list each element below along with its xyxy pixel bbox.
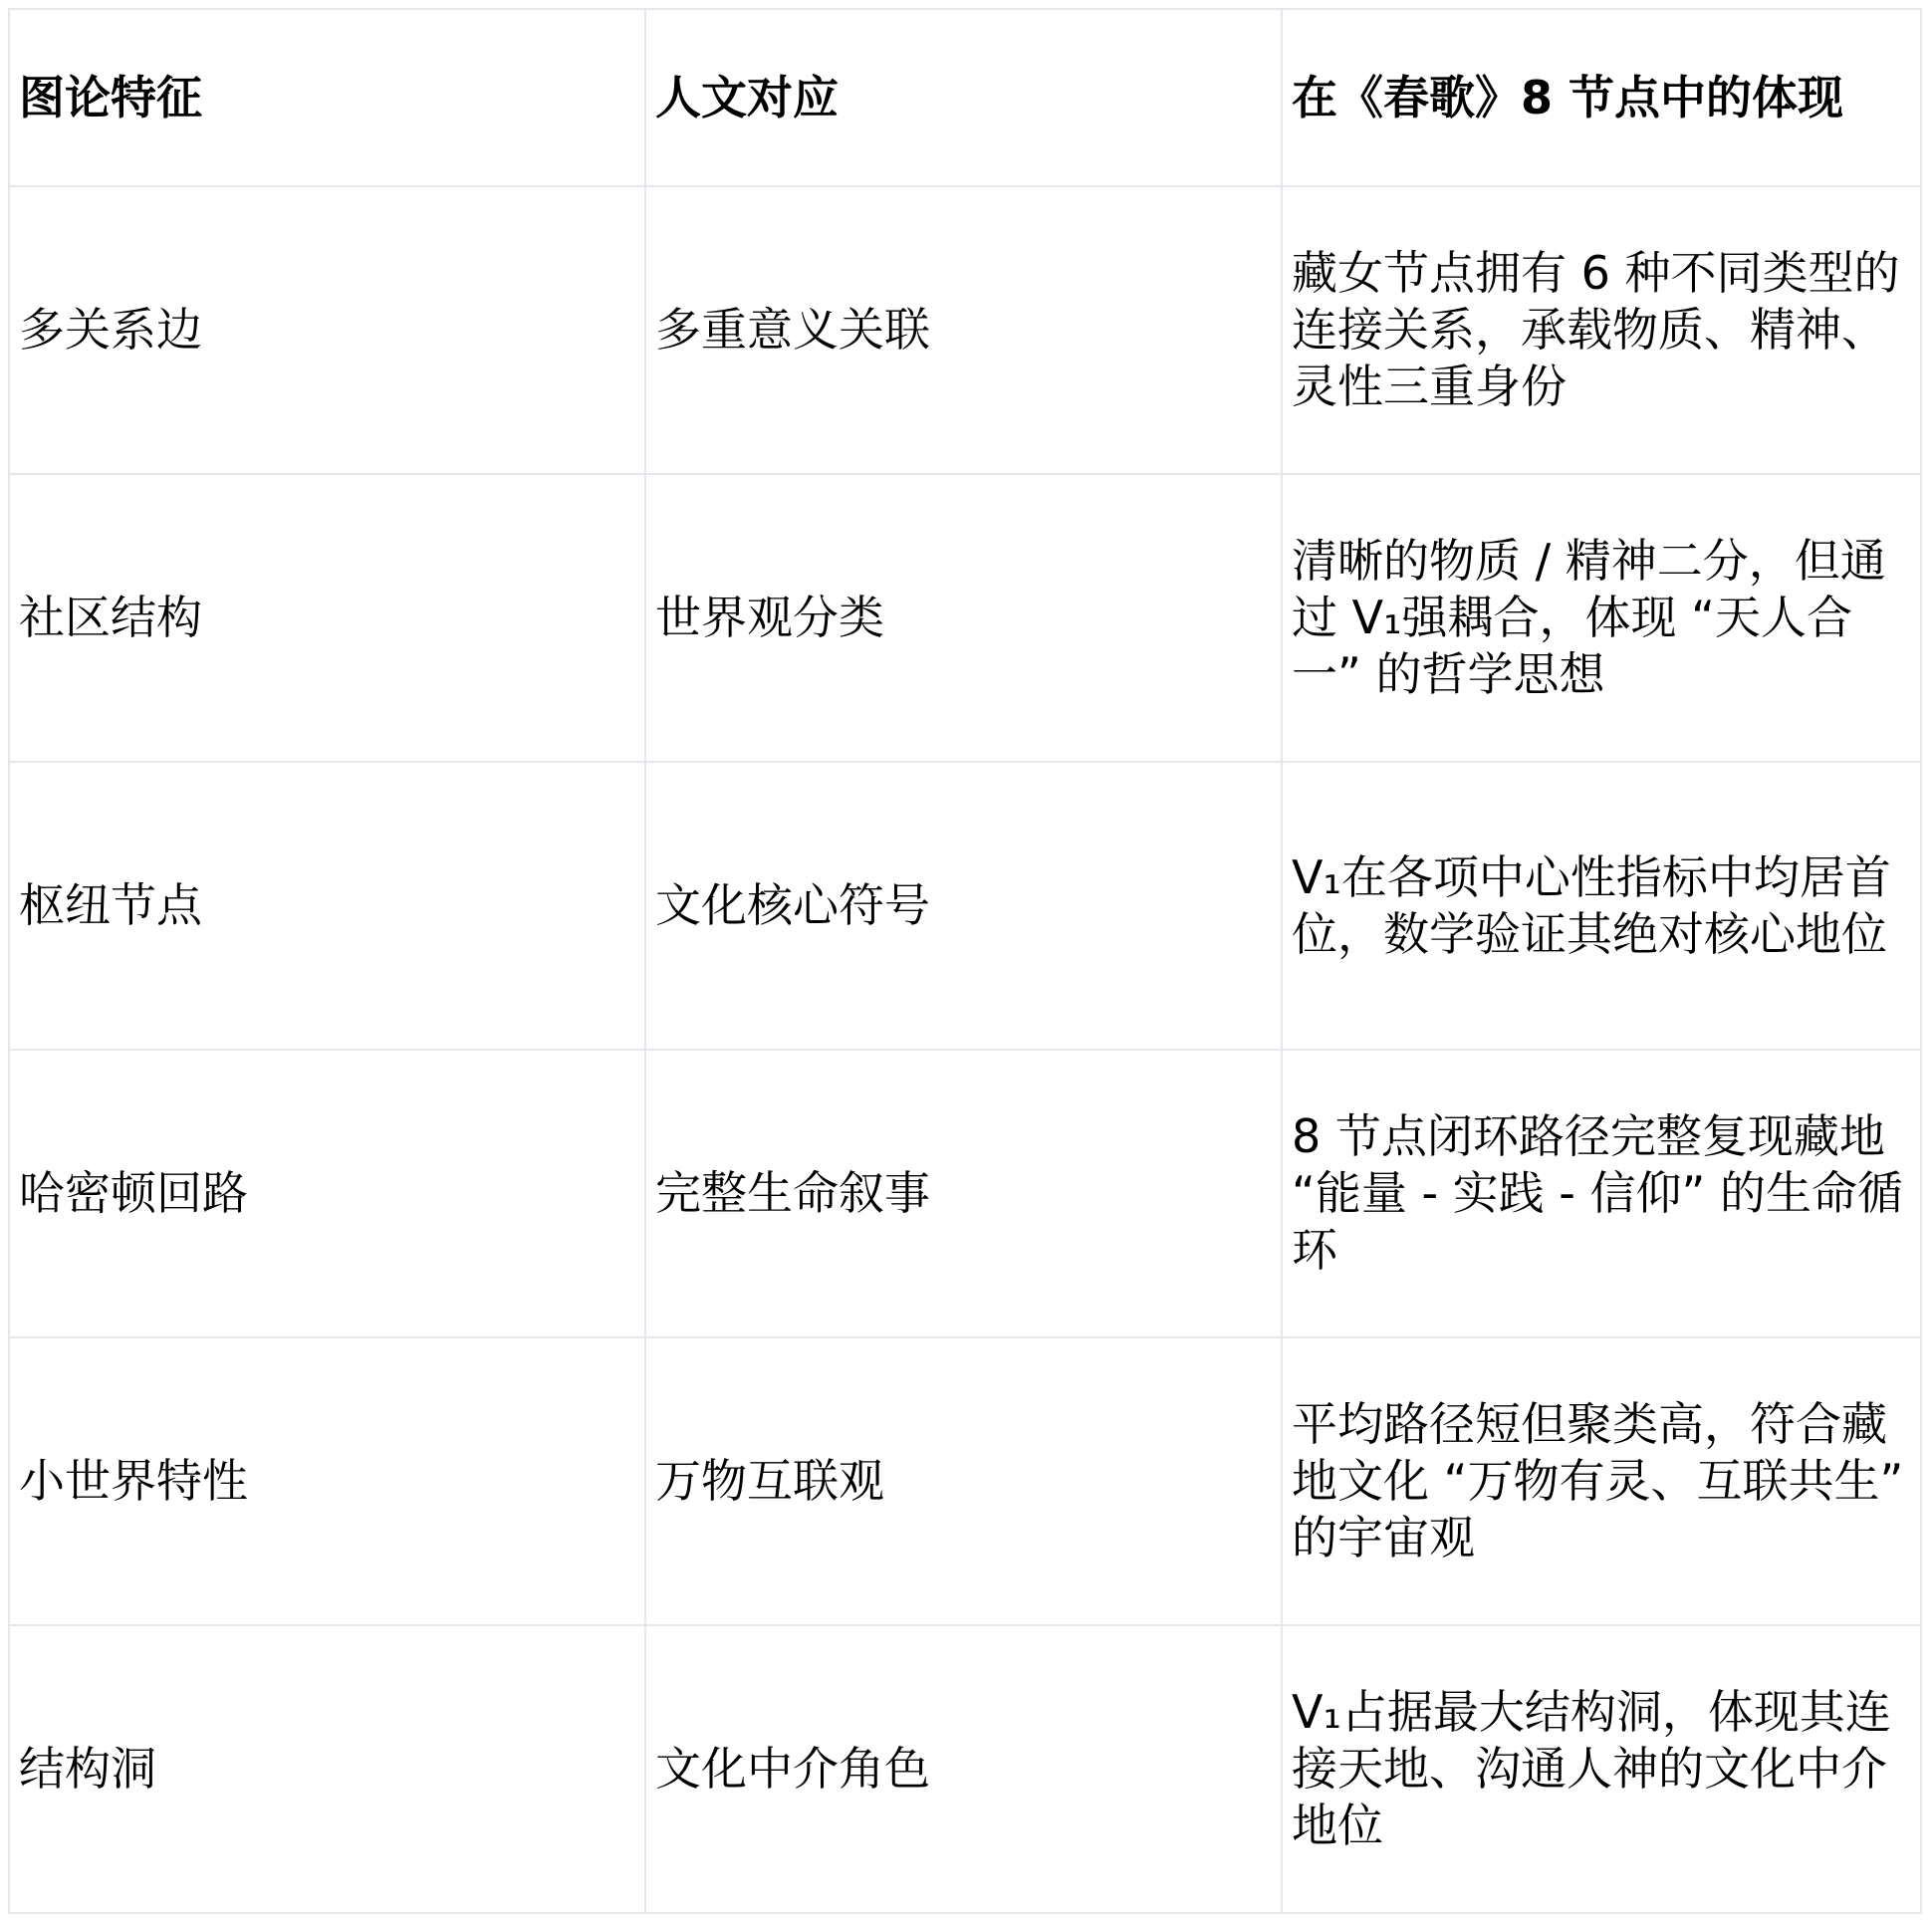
cell-manifestation: V₁占据最大结构洞，体现其连接天地、沟通人神的文化中介地位 <box>1282 1625 1921 1913</box>
table-header: 图论特征 人文对应 在《春歌》8 节点中的体现 <box>9 9 1921 186</box>
cell-manifestation: 清晰的物质 / 精神二分，但通过 V₁强耦合，体现 “天人合一” 的哲学思想 <box>1282 474 1921 762</box>
cell-humanities: 文化核心符号 <box>645 762 1282 1050</box>
graph-theory-humanities-table: 图论特征 人文对应 在《春歌》8 节点中的体现 多关系边 多重意义关联 藏女节点… <box>8 8 1922 1914</box>
table-row: 社区结构 世界观分类 清晰的物质 / 精神二分，但通过 V₁强耦合，体现 “天人… <box>9 474 1921 762</box>
cell-feature: 多关系边 <box>9 186 645 474</box>
header-graph-feature: 图论特征 <box>9 9 645 186</box>
table-row: 哈密顿回路 完整生命叙事 8 节点闭环路径完整复现藏地 “能量 - 实践 - 信… <box>9 1050 1921 1337</box>
table-row: 多关系边 多重意义关联 藏女节点拥有 6 种不同类型的连接关系，承载物质、精神、… <box>9 186 1921 474</box>
cell-humanities: 文化中介角色 <box>645 1625 1282 1913</box>
cell-humanities: 多重意义关联 <box>645 186 1282 474</box>
cell-feature: 社区结构 <box>9 474 645 762</box>
header-manifestation: 在《春歌》8 节点中的体现 <box>1282 9 1921 186</box>
table-row: 枢纽节点 文化核心符号 V₁在各项中心性指标中均居首位，数学验证其绝对核心地位 <box>9 762 1921 1050</box>
cell-manifestation: 8 节点闭环路径完整复现藏地 “能量 - 实践 - 信仰” 的生命循环 <box>1282 1050 1921 1337</box>
table-body: 多关系边 多重意义关联 藏女节点拥有 6 种不同类型的连接关系，承载物质、精神、… <box>9 186 1921 1913</box>
table-row: 结构洞 文化中介角色 V₁占据最大结构洞，体现其连接天地、沟通人神的文化中介地位 <box>9 1625 1921 1913</box>
cell-feature: 小世界特性 <box>9 1337 645 1625</box>
cell-humanities: 完整生命叙事 <box>645 1050 1282 1337</box>
cell-manifestation: V₁在各项中心性指标中均居首位，数学验证其绝对核心地位 <box>1282 762 1921 1050</box>
cell-manifestation: 平均路径短但聚类高，符合藏地文化 “万物有灵、互联共生” 的宇宙观 <box>1282 1337 1921 1625</box>
cell-manifestation: 藏女节点拥有 6 种不同类型的连接关系，承载物质、精神、灵性三重身份 <box>1282 186 1921 474</box>
cell-humanities: 世界观分类 <box>645 474 1282 762</box>
table-row: 小世界特性 万物互联观 平均路径短但聚类高，符合藏地文化 “万物有灵、互联共生”… <box>9 1337 1921 1625</box>
cell-feature: 枢纽节点 <box>9 762 645 1050</box>
cell-humanities: 万物互联观 <box>645 1337 1282 1625</box>
cell-feature: 结构洞 <box>9 1625 645 1913</box>
cell-feature: 哈密顿回路 <box>9 1050 645 1337</box>
header-humanities-correspondence: 人文对应 <box>645 9 1282 186</box>
header-row: 图论特征 人文对应 在《春歌》8 节点中的体现 <box>9 9 1921 186</box>
